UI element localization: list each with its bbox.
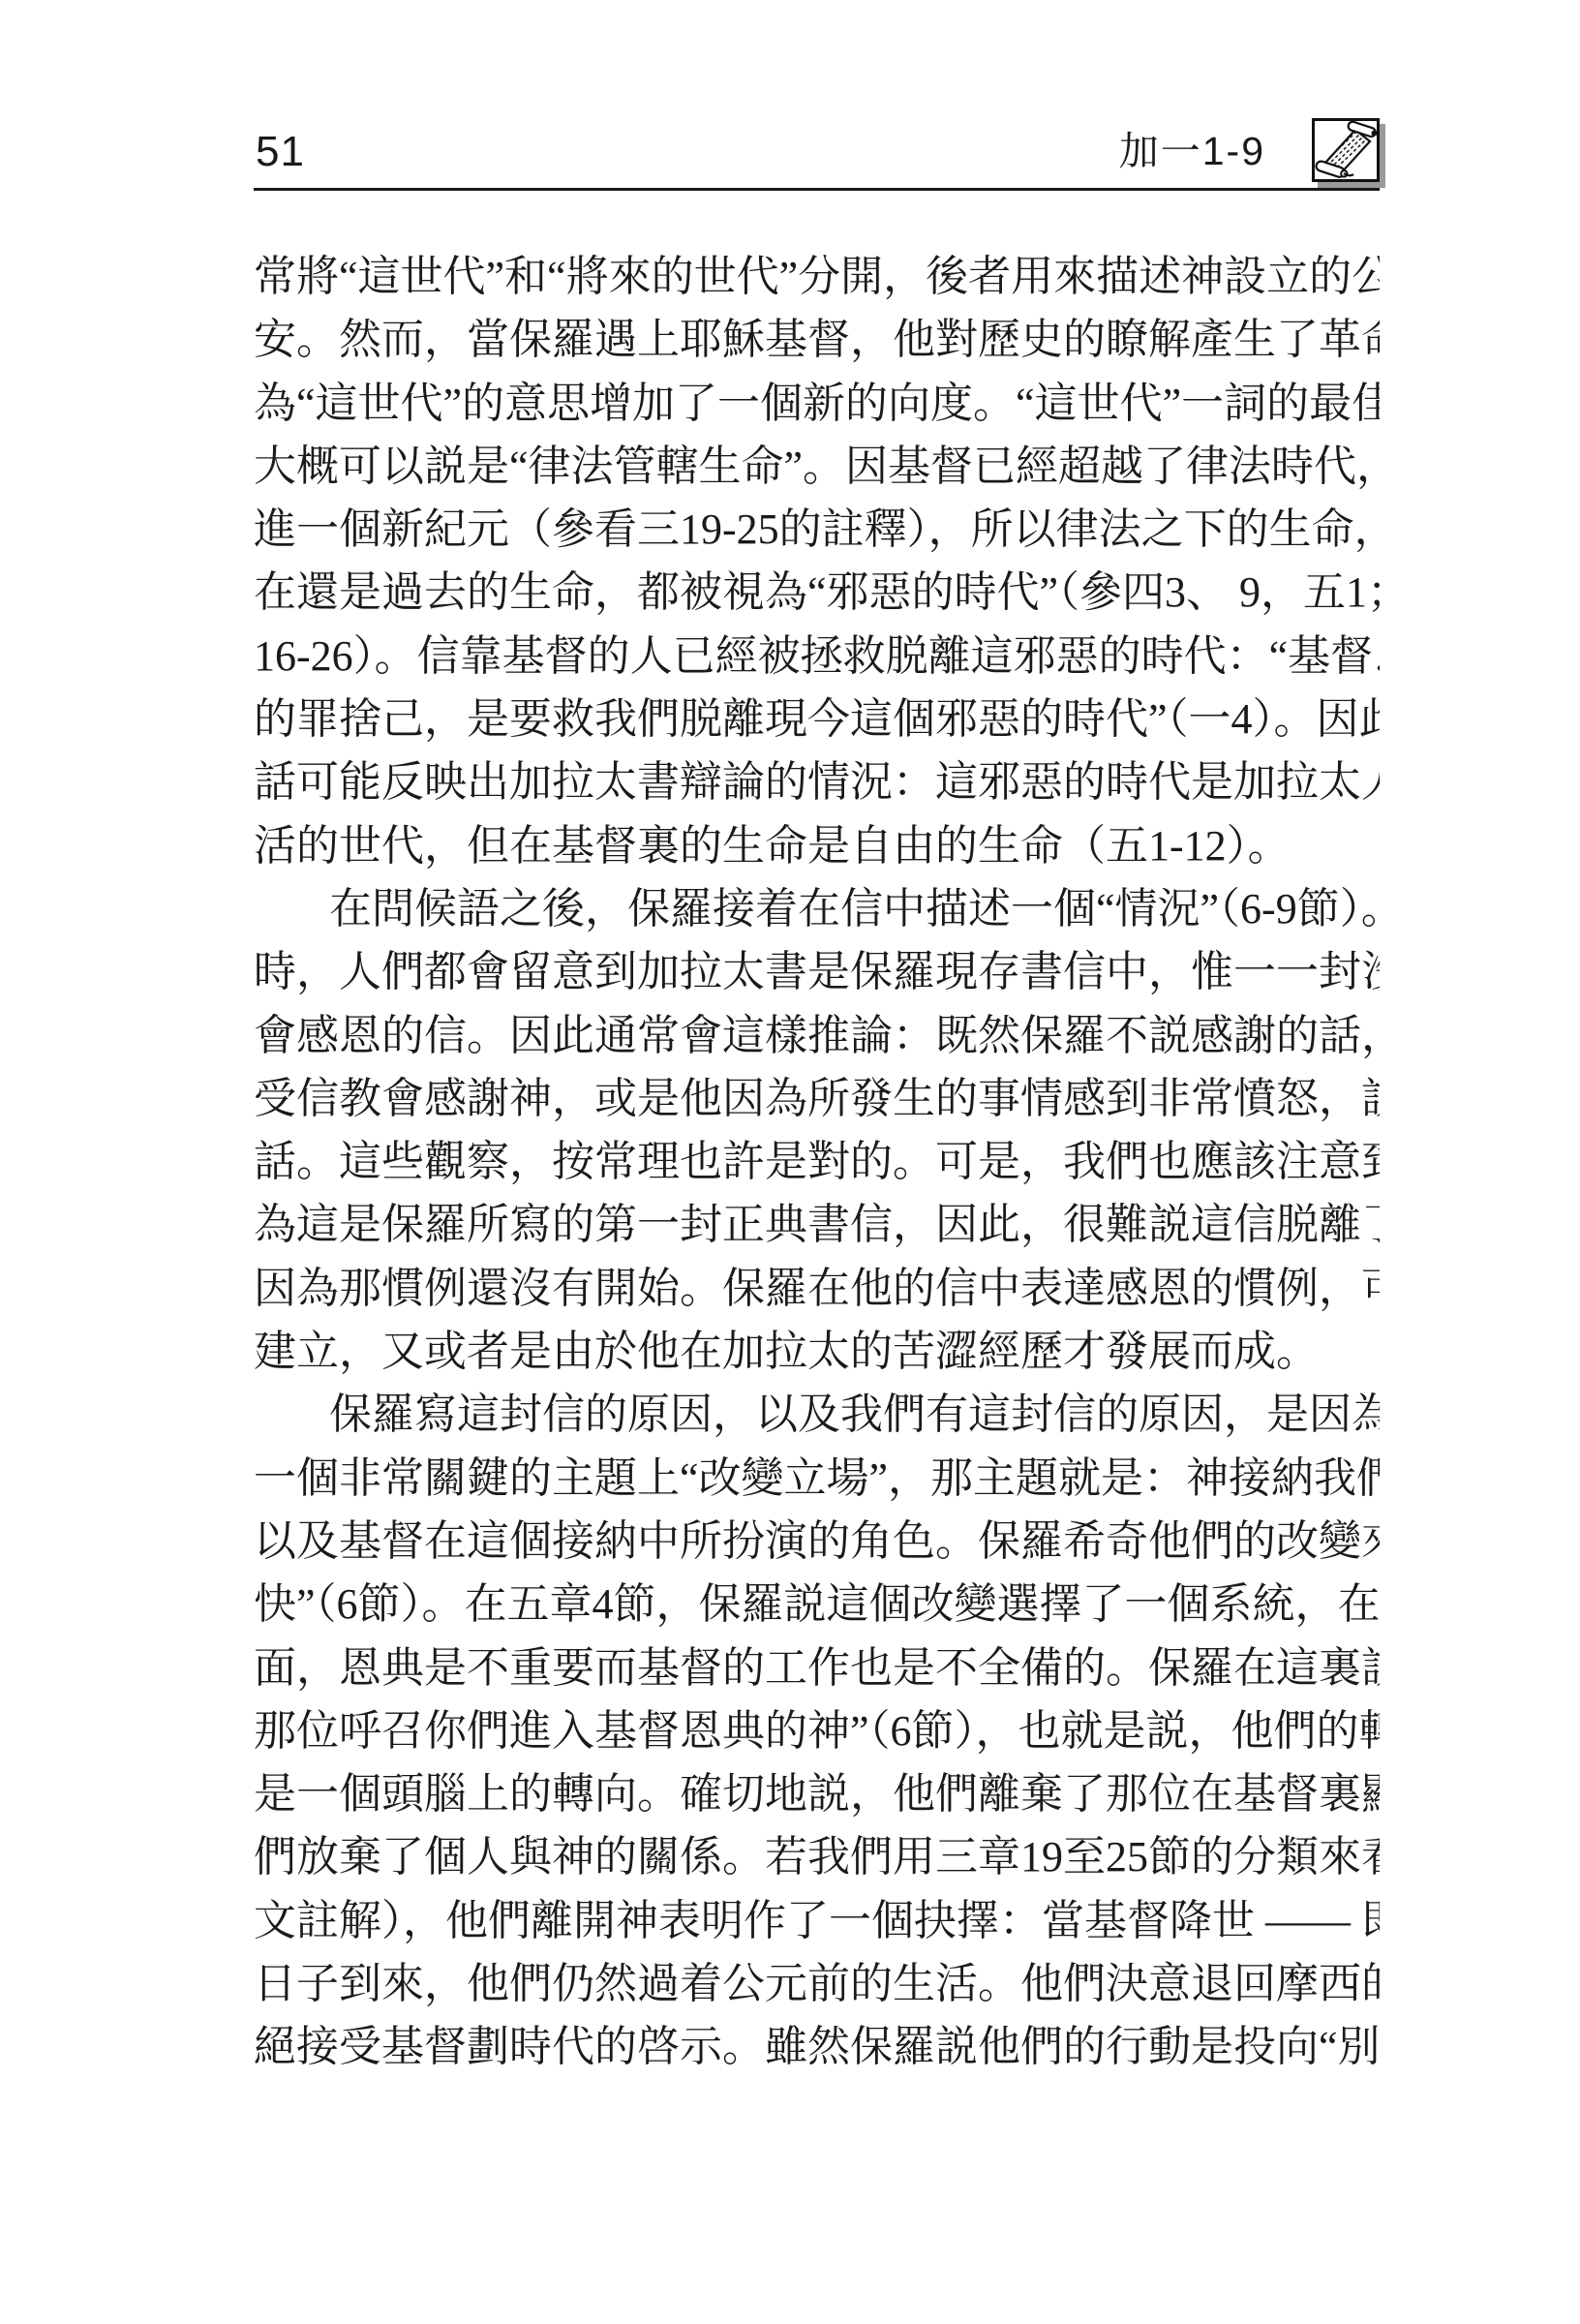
text-line: 們放棄了個人與神的關係。若我們用三章19至25節的分類來看（參該段經: [254, 1825, 1380, 1888]
text-line: 16-26）。信靠基督的人已經被拯救脱離這邪惡的時代：“基督……為我們: [254, 625, 1380, 688]
page-number: 51: [256, 128, 305, 176]
paragraph-3: 保羅寫這封信的原因，以及我們有這封信的原因，是因為加拉太人在 一個非常關鍵的主題…: [254, 1383, 1380, 2078]
text-line: 一個非常關鍵的主題上“改變立場”，那主題就是：神接納我們的途徑，: [254, 1447, 1380, 1510]
text-line: 大概可以説是“律法管轄生命”。因基督已經超越了律法時代，將歷史帶: [254, 435, 1380, 498]
text-line: 面，恩典是不重要而基督的工作也是不全備的。保羅在這裏説他們“離棄: [254, 1636, 1380, 1699]
paragraph-2: 在問候語之後，保羅接着在信中描述一個“情況”（6-9節）。很多 時，人們都會留意…: [254, 877, 1380, 1383]
text-line: 的罪捨己，是要救我們脱離現今這個邪惡的時代”（一4）。因此，這句: [254, 688, 1380, 750]
text-line: 安。然而，當保羅遇上耶穌基督，他對歷史的瞭解產生了革命性的改變，: [254, 308, 1380, 371]
text-line: 話。這些觀察，按常理也許是對的。可是，我們也應該注意到，很多人認: [254, 1130, 1380, 1193]
text-line: 那位呼召你們進入基督恩典的神”（6節），也就是説，他們的轉向不只: [254, 1699, 1380, 1762]
page-content: 51 加一1-9: [254, 0, 1380, 2079]
text-line: 日子到來，他們仍然過着公元前的生活。他們決意退回摩西的時代，並拒: [254, 1952, 1380, 2015]
text-line: 保羅寫這封信的原因，以及我們有這封信的原因，是因為加拉太人在: [254, 1383, 1380, 1446]
text-line: 話可能反映出加拉太書辯論的情況：這邪惡的時代是加拉太人被引誘去生: [254, 750, 1380, 813]
paragraph-1: 常將“這世代”和“將來的世代”分開，後者用來描述神設立的公平和平 安。然而，當保…: [254, 245, 1380, 877]
text-line: 常將“這世代”和“將來的世代”分開，後者用來描述神設立的公平和平: [254, 245, 1380, 308]
text-line: 時，人們都會留意到加拉太書是保羅現存書信中，惟一一封沒有為受信教: [254, 940, 1380, 1003]
commentary-text: 常將“這世代”和“將來的世代”分開，後者用來描述神設立的公平和平 安。然而，當保…: [254, 245, 1380, 2079]
text-line: 建立，又或者是由於他在加拉太的苦澀經歷才發展而成。: [254, 1320, 1380, 1383]
section-reference: 加一1-9: [1119, 119, 1265, 176]
text-line: 絕接受基督劃時代的啓示。雖然保羅説他們的行動是投向“別的福音”，: [254, 2015, 1380, 2078]
text-line: 進一個新紀元（參看三19-25的註釋），所以律法之下的生命，無論是現: [254, 498, 1380, 561]
text-line: 在還是過去的生命，都被視為“邪惡的時代”（參四3、 9，五1；另參五: [254, 561, 1380, 624]
text-line: 因為那慣例還沒有開始。保羅在他的信中表達感恩的慣例，可能是後期才: [254, 1257, 1380, 1320]
text-line: 為“這世代”的意思增加了一個新的向度。“這世代”一詞的最佳表達，: [254, 372, 1380, 435]
text-line: 為這是保羅所寫的第一封正典書信，因此，很難説這信脱離了他的慣例，: [254, 1193, 1380, 1256]
text-line: 會感恩的信。因此通常會這樣推論：既然保羅不説感謝的話，或是他不為: [254, 1004, 1380, 1067]
text-line: 在問候語之後，保羅接着在信中描述一個“情況”（6-9節）。很多: [254, 877, 1380, 940]
text-line: 以及基督在這個接納中所扮演的角色。保羅希奇他們的改變來得“這麼: [254, 1510, 1380, 1573]
text-line: 受信教會感謝神，或是他因為所發生的事情感到非常憤怒，説不出感謝的: [254, 1067, 1380, 1130]
scroll-icon: [1312, 118, 1380, 182]
book-page: 51 加一1-9: [0, 0, 1580, 2324]
text-line: 快”（6節）。在五章4節，保羅説這個改變選擇了一個系統，在這系統裏: [254, 1573, 1380, 1636]
text-line: 是一個頭腦上的轉向。確切地説，他們離棄了那位在基督裏顯示的神；他: [254, 1762, 1380, 1825]
page-header: 51 加一1-9: [254, 0, 1380, 191]
text-line: 文註解），他們離開神表明作了一個抉擇：當基督降世 —— 即公元後的: [254, 1889, 1380, 1952]
text-line: 活的世代，但在基督裏的生命是自由的生命（五1-12）。: [254, 814, 1380, 877]
